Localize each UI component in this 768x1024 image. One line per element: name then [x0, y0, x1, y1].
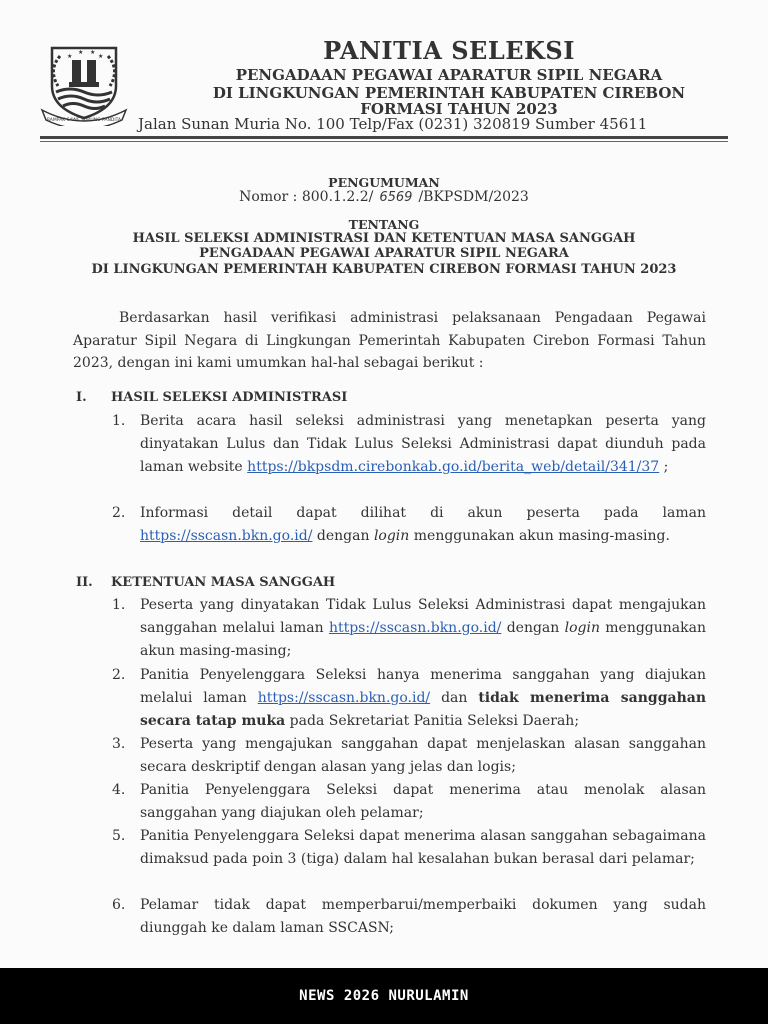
section-2-item-6: 6. Pelamar tidak dapat memperbarui/mempe…	[112, 894, 706, 940]
item-text: Informasi detail dapat dilihat di akun p…	[140, 505, 706, 521]
letterhead-address: Jalan Sunan Muria No. 100 Telp/Fax (0231…	[138, 115, 647, 133]
item-number: 5.	[112, 825, 125, 848]
number-prefix: Nomor : 800.1.2.2/	[239, 189, 373, 205]
item-text: Pelamar tidak dapat memperbarui/memperba…	[140, 894, 706, 940]
announcement-label: PENGUMUMAN	[0, 175, 768, 190]
section-2-title: KETENTUAN MASA SANGGAH	[111, 575, 335, 590]
cirebon-regency-emblem-icon: ★ ★ ★ ★ RAMPAK SAWE SURUNG PANDITA	[38, 40, 130, 126]
section-2-item-3: 3. Peserta yang mengajukan sanggahan dap…	[112, 733, 706, 779]
section-2-item-5: 5. Panitia Penyelenggara Seleksi dapat m…	[112, 825, 706, 871]
svg-text:★: ★	[90, 49, 95, 56]
number-handwritten: 6569	[379, 190, 412, 205]
svg-text:★: ★	[98, 53, 103, 60]
document-page: ★ ★ ★ ★ RAMPAK SAWE SURUNG PANDITA PANIT…	[0, 0, 768, 968]
intro-paragraph: Berdasarkan hasil verifikasi administras…	[73, 307, 706, 375]
footer-watermark-text: NEWS 2026 NURULAMIN	[0, 988, 768, 1004]
subject-line-2: PENGADAAN PEGAWAI APARATUR SIPIL NEGARA	[0, 246, 768, 261]
letterhead-title: PANITIA SELEKSI	[130, 36, 768, 65]
item-text: Panitia Penyelenggara Seleksi dapat mene…	[140, 825, 706, 871]
bkpsdm-announcement-link[interactable]: https://bkpsdm.cirebonkab.go.id/berita_w…	[247, 459, 659, 475]
subject-line-1: HASIL SELEKSI ADMINISTRASI DAN KETENTUAN…	[0, 231, 768, 246]
section-1-number: I.	[76, 390, 87, 405]
section-2-item-1: 1. Peserta yang dinyatakan Tidak Lulus S…	[112, 594, 706, 663]
item-number: 1.	[112, 594, 125, 617]
subject-line-3: DI LINGKUNGAN PEMERINTAH KABUPATEN CIREB…	[0, 262, 768, 277]
sscasn-link[interactable]: https://sscasn.bkn.go.id/	[329, 620, 501, 636]
section-2-item-4: 4. Panitia Penyelenggara Seleksi dapat m…	[112, 779, 706, 825]
item-number: 2.	[112, 502, 125, 525]
item-number: 4.	[112, 779, 125, 802]
announcement-number: Nomor : 800.1.2.2/6569/BKPSDM/2023	[0, 189, 768, 205]
section-1-title: HASIL SELEKSI ADMINISTRASI	[111, 390, 347, 405]
section-1-item-2: 2. Informasi detail dapat dilihat di aku…	[112, 502, 706, 548]
svg-text:★: ★	[67, 53, 72, 60]
item-number: 6.	[112, 894, 125, 917]
item-number: 3.	[112, 733, 125, 756]
section-1-item-1: 1. Berita acara hasil seleksi administra…	[112, 410, 706, 479]
item-text: Peserta yang mengajukan sanggahan dapat …	[140, 733, 706, 779]
section-2-number: II.	[76, 575, 93, 590]
letterhead-rule-thin	[40, 141, 728, 142]
sscasn-link[interactable]: https://sscasn.bkn.go.id/	[258, 690, 430, 706]
letterhead-line-1: PENGADAAN PEGAWAI APARATUR SIPIL NEGARA	[130, 66, 768, 84]
svg-text:★: ★	[78, 49, 83, 56]
item-number: 1.	[112, 410, 125, 433]
svg-text:RAMPAK SAWE SURUNG PANDITA: RAMPAK SAWE SURUNG PANDITA	[47, 117, 122, 123]
number-suffix: /BKPSDM/2023	[418, 189, 528, 205]
sscasn-link[interactable]: https://sscasn.bkn.go.id/	[140, 528, 312, 544]
about-label: TENTANG	[0, 217, 768, 232]
section-2-item-2: 2. Panitia Penyelenggara Seleksi hanya m…	[112, 664, 706, 733]
item-number: 2.	[112, 664, 125, 687]
letterhead-rule-thick	[40, 136, 728, 139]
item-text: Panitia Penyelenggara Seleksi dapat mene…	[140, 779, 706, 825]
